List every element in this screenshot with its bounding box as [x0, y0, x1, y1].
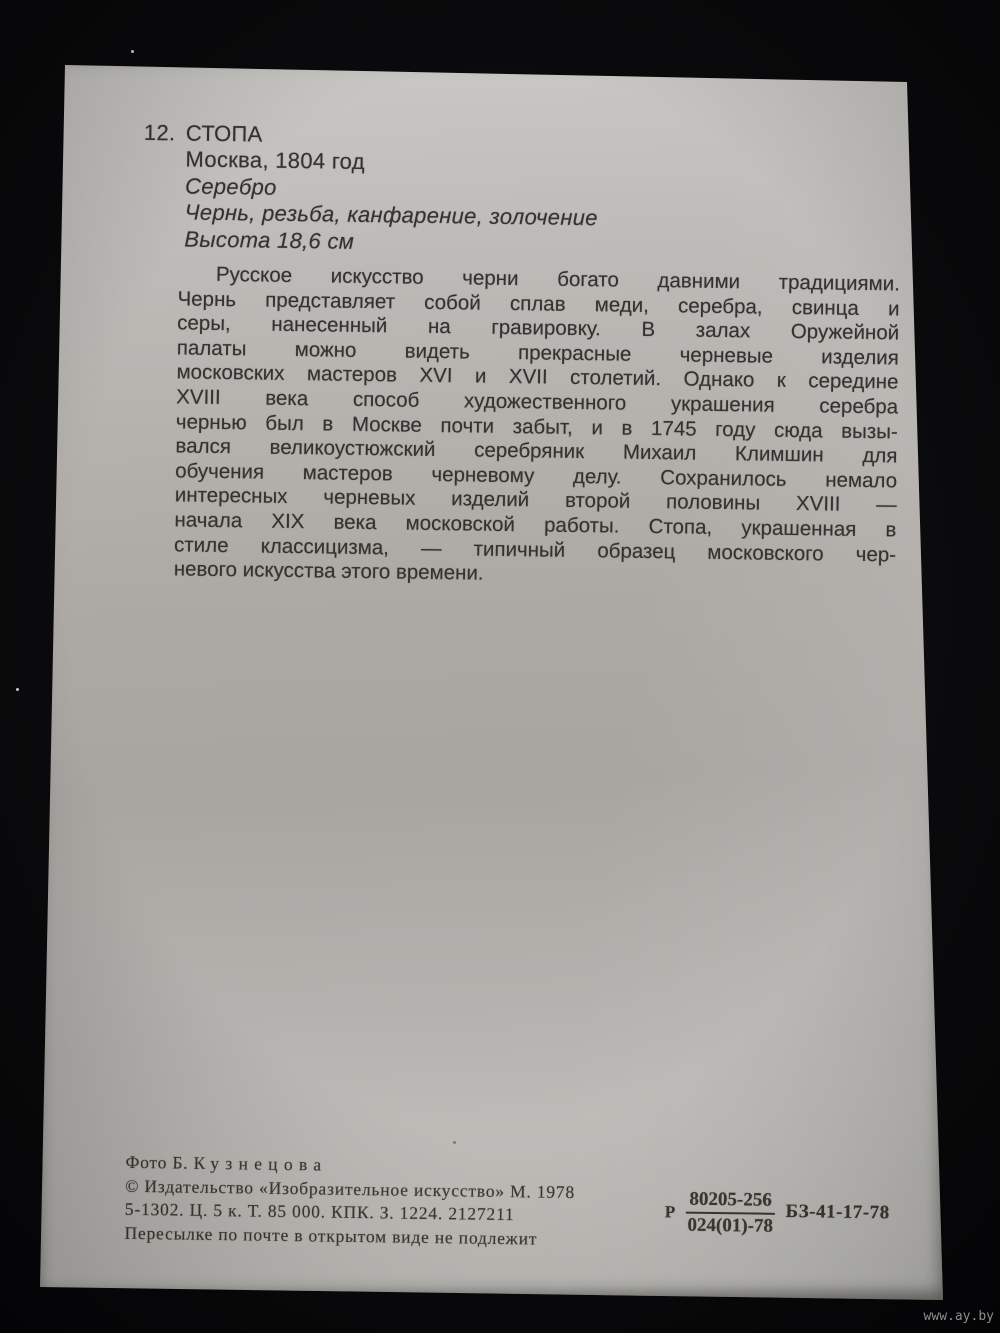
- watermark: www.ay.by: [924, 1309, 994, 1324]
- dust-speck: [16, 688, 19, 691]
- description-paragraph: Русское искусство черни богато давними т…: [174, 262, 900, 592]
- photo-background: 12.СТОПА Москва, 1804 год Серебро Чернь,…: [0, 0, 1000, 1333]
- index-numerator: 80205-256: [684, 1189, 777, 1213]
- dust-speck: [131, 50, 134, 53]
- postcard: 12.СТОПА Москва, 1804 год Серебро Чернь,…: [40, 65, 943, 1300]
- index-fraction: 80205-256 024(01)-78: [684, 1189, 777, 1238]
- photo-credit-name: Кузнецова: [193, 1153, 327, 1175]
- catalog-index: Р 80205-256 024(01)-78 БЗ-41-17-78: [665, 1188, 890, 1239]
- index-prefix: Р: [665, 1202, 676, 1222]
- photo-credit-prefix: Фото Б.: [125, 1152, 188, 1173]
- imprint-block: Фото Б. Кузнецова © Издательство «Изобра…: [124, 1151, 575, 1252]
- postcard-content: 12.СТОПА Москва, 1804 год Серебро Чернь,…: [24, 63, 944, 1310]
- item-title: СТОПА: [186, 121, 263, 147]
- catalog-header: 12.СТОПА Москва, 1804 год Серебро Чернь,…: [142, 120, 599, 258]
- catalog-number: 12.: [144, 120, 186, 147]
- index-denominator: 024(01)-78: [685, 1212, 775, 1238]
- index-code: БЗ-41-17-78: [785, 1201, 889, 1224]
- dust-speck: [453, 1141, 456, 1144]
